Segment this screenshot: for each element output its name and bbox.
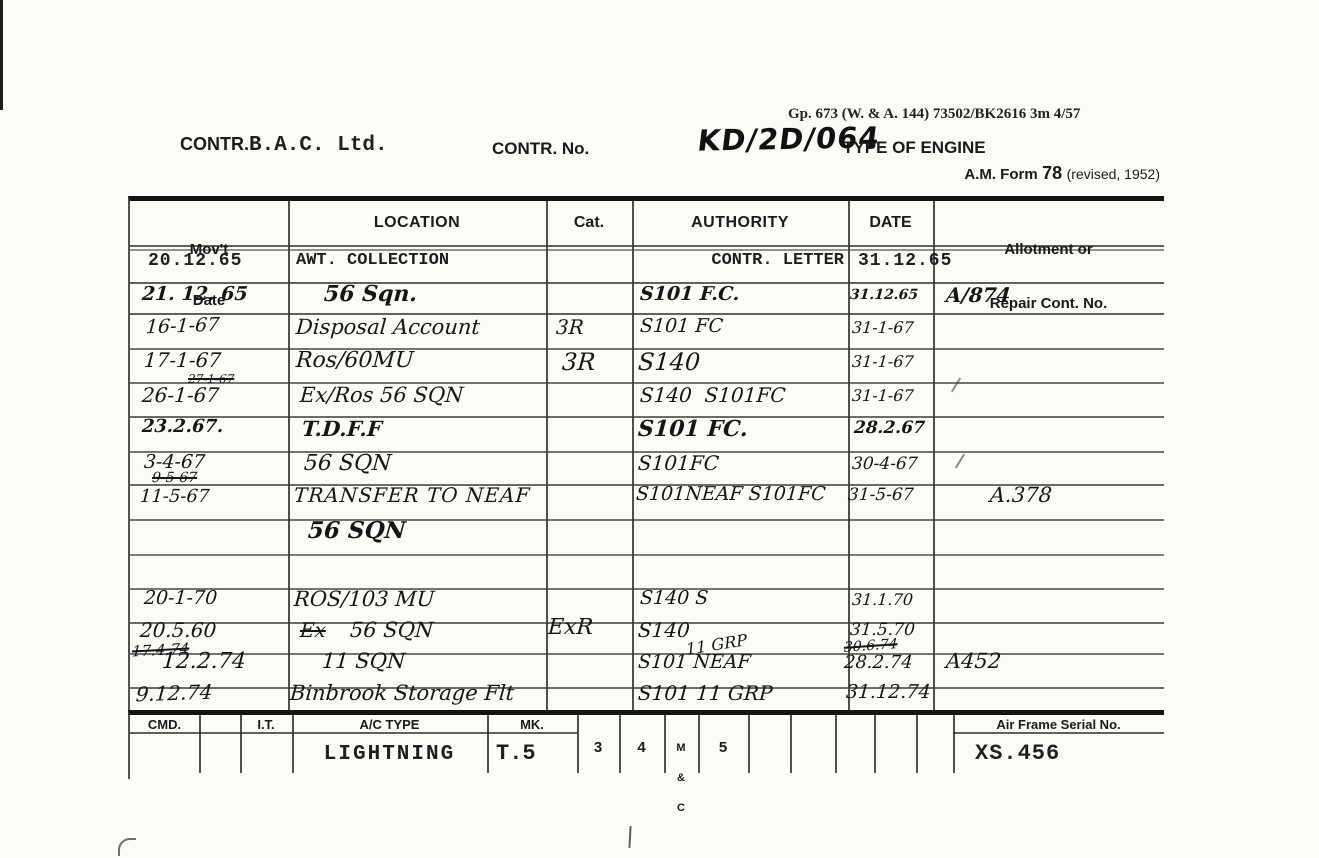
cell-authority: S140 S101FC [639,383,786,407]
form-revision: (revised, 1952) [1067,166,1160,182]
cell-cat: 3R [561,348,596,376]
footer-line [916,715,918,773]
cell-location: 56 Sqn. [323,281,418,307]
footer-line [748,715,750,773]
cell-authority: S101 NEAF [637,651,751,673]
footer-label-ac-type: A/C TYPE [292,717,487,732]
table-row: 23.2.67. T.D.F.F S101 FC. 28.2.67 [130,416,1164,450]
cell-allotment: A/874 [945,283,1011,307]
cell-authority: S101NEAF S101FC [635,483,826,505]
cell-movt-date: 26-1-67 [141,383,220,407]
contract-no-label: CONTR. No. [492,139,589,159]
table-row: 17.4.74 12.2.74 11 SQN 11 GRP S101 NEAF … [130,649,1164,683]
cell-authority: S101 F.C. [639,283,740,305]
cell-location: ROS/103 MU [293,587,435,611]
cell-authority: S101 11 GRP [637,681,773,705]
cell-location: 56 SQN [303,451,392,476]
stray-mark-vertical [628,826,631,848]
cell-movt-date: 12.2.74 [161,649,247,674]
table-row: 20.5.60 Ex 56 SQN ExR S140 31.5.70 [130,618,1164,652]
cell-location: Ros/60MU [295,348,414,373]
col-header-cat: Cat. [546,214,632,232]
table-row: 56 SQN [130,517,1164,551]
serial-label: Air Frame Serial No. [953,717,1164,732]
cell-movt-date: 20.5.60 [139,618,217,642]
cell-date: 31-1-67 [851,318,914,337]
cell-date: 31-1-67 [851,386,914,405]
table-row: 27-1-67 26-1-67 Ex/Ros 56 SQN S140 S101F… [130,383,1164,417]
cell-movt-date: 20.12.65 [148,251,242,271]
cell-authority: CONTR. LETTER [630,251,844,270]
cell-date: 28.2.74 [843,652,913,673]
cell-location: 56 SQN [307,517,407,544]
footer-label-mk: MK. [487,717,577,732]
cell-cat: ExR [547,615,594,640]
mc-letter: C [664,803,698,813]
cell-authority: S101FC [637,451,720,475]
footer-line [199,715,201,773]
cell-cat: 3R [555,315,584,339]
cell-movt-date: 16-1-67 [145,314,220,339]
cell-location: AWT. COLLECTION [296,251,449,270]
cell-authority: S140 [637,348,701,376]
cell-authority: S140 S [639,587,709,609]
form-number: 78 [1042,163,1062,183]
mc-letter: M [664,743,698,753]
cell-location-note: Ex [299,618,327,642]
col-header-authority: AUTHORITY [632,214,848,232]
contractor-label: CONTR. [180,134,249,154]
cell-movt-date: 9.12.74 [135,680,213,707]
form-name: A.M. Form [964,166,1037,183]
footer-cell-5: 5 [698,739,748,756]
contractor-value: B.A.C. Ltd. [249,134,388,157]
cell-date: 31.1.70 [851,590,913,609]
cell-date: 31-5-67 [847,485,914,505]
table-row: 20.12.65 AWT. COLLECTION CONTR. LETTER 3… [130,251,1164,285]
mc-letter: & [664,773,698,783]
table-row [130,554,1164,588]
cell-date: 31-1-67 [851,352,914,371]
stray-mark-curl [118,838,136,856]
table-row: 17-1-67 Ros/60MU 3R S140 31-1-67 [130,348,1164,382]
scan-edge-mark [0,0,3,110]
table-row: 20-1-70 ROS/103 MU S140 S 31.1.70 [130,587,1164,621]
cell-location: Ex/Ros 56 SQN [299,383,464,407]
footer-cell-3: 3 [577,739,619,756]
cell-location: 11 SQN [321,649,406,673]
cell-date: 30-4-67 [851,454,918,474]
footer-line [790,715,792,773]
cell-movt-date: 23.2.67. [141,416,224,437]
table-row: 3-4-67 56 SQN S101FC 30-4-67 [130,451,1164,485]
footer-line [835,715,837,773]
serial-value: XS.456 [975,741,1060,766]
cell-location: 56 SQN [349,618,434,642]
footer-label-it: I.T. [240,717,292,732]
cell-date: 31.12.74 [845,681,931,703]
cell-authority: S101 FC. [637,416,749,442]
col-header-date: DATE [848,214,933,232]
cell-authority: S101 FC [639,315,724,337]
cell-location: Disposal Account [295,315,481,339]
cell-authority: S140 [637,618,691,642]
ac-type-value: LIGHTNING [292,743,487,766]
footer-cell-m-and-c: M & C [664,723,698,833]
cell-location: T.D.F.F [301,416,383,441]
footer-cell-4: 4 [619,739,664,756]
cell-date: 31.12.65 [858,251,952,271]
form-identifier: A.M. Form 78 (revised, 1952) [930,163,1160,184]
mk-value: T.5 [496,741,536,766]
aircraft-id-strip: CMD. I.T. A/C TYPE MK. 3 4 M & C 5 Air F… [128,710,1164,779]
cell-movt-date: 21. 12. 65 [141,283,248,305]
footer-header-rule [130,732,577,734]
contractor-line: CONTR.B.A.C. Ltd. [180,134,388,157]
movement-table: Mov't Date LOCATION Cat. AUTHORITY DATE … [128,196,1164,715]
cell-movt-date: 11-5-67 [139,486,210,507]
table-row: 21. 12. 65 56 Sqn. S101 F.C. 31.12.65 A/… [130,283,1164,317]
cell-allotment: A452 [945,649,1002,673]
cell-movt-date: 20-1-70 [143,587,218,609]
col-header-location: LOCATION [288,214,546,232]
footer-line [874,715,876,773]
cell-allotment: A.378 [989,483,1053,507]
type-of-engine-label: TYPE OF ENGINE [843,138,986,158]
cell-date: 31.12.65 [849,287,918,303]
cell-movt-date-note: 9-5-67 [151,470,197,486]
table-row: 16-1-67 Disposal Account 3R S101 FC 31-1… [130,315,1164,349]
cell-location: Binbrook Storage Flt [289,681,515,705]
footer-label-cmd: CMD. [130,717,199,732]
cell-location: TRANSFER TO NEAF [293,483,531,507]
cell-date: 28.2.67 [853,418,925,438]
serial-box-rule [953,732,1164,734]
cell-movt-date: 17-1-67 [143,348,222,372]
scanned-movement-card: CONTR.B.A.C. Ltd. CONTR. No. Gp. 673 (W.… [0,0,1319,858]
table-row: 9-5-67 11-5-67 TRANSFER TO NEAF S101NEAF… [130,483,1164,517]
